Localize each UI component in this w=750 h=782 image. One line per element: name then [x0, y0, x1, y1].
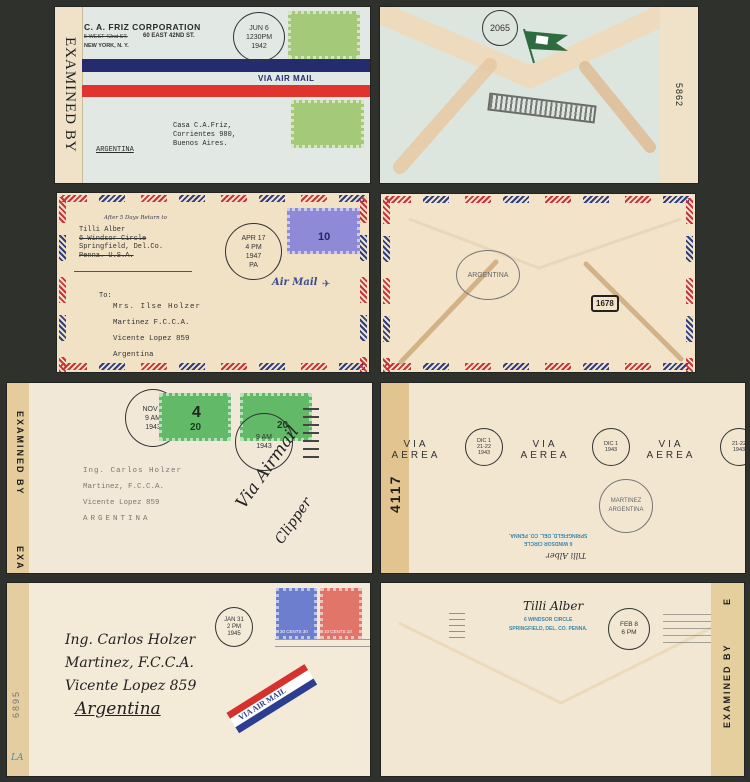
- postmark-time: 1230PM: [246, 33, 272, 42]
- airmail-border-right: [686, 194, 693, 372]
- recipient-line: Argentina: [113, 347, 201, 363]
- stamp-overwrite: 4: [192, 404, 201, 422]
- slogan-cancel-2: VIA AEREA: [514, 439, 576, 461]
- postmark-state: PA: [249, 261, 258, 270]
- airmail-red-band: [82, 85, 370, 97]
- recipient-line: Martinez F.C.C.A.: [113, 315, 201, 331]
- wavy-cancel-left: [449, 608, 465, 643]
- slogan-postmark-2: DIC 1 1943: [592, 428, 630, 466]
- postmark-year: 1943: [478, 450, 490, 456]
- envelope-flap: [381, 194, 695, 372]
- stamp-blue: 30 CENTS 30: [276, 588, 317, 639]
- sender-print-line: 6 WINDSOR CIRCLE: [509, 616, 587, 625]
- sender-print-line: SPRINGFIELD, DEL. CO. PENNA.: [509, 625, 587, 634]
- stamp-left: 4 20: [159, 393, 231, 441]
- airmail-border-top: [381, 196, 695, 203]
- censor-tape: 5862: [660, 7, 698, 183]
- cover-2-back: ARGENTINA 1678: [381, 194, 695, 372]
- censor-tape: EXAMINED BY: [55, 7, 83, 183]
- censor-tape: EXAMINED BY EXA: [7, 383, 29, 573]
- stamp-value: 10: [318, 231, 330, 243]
- sender-print-inverted: 6 WINDSOR CIRCLE SPRINGFIELD, DEL. CO. P…: [509, 531, 587, 547]
- recipient-line: Buenos Aires.: [173, 140, 236, 149]
- sender-city: NEW YORK, N. Y.: [84, 43, 129, 49]
- return-label: After 5 Days Return to: [104, 215, 167, 221]
- sender-address: 60 EAST 42ND ST.: [143, 33, 195, 39]
- sender-line: 6 Windsor Circle: [79, 235, 163, 244]
- recipient-line: Argentina: [75, 698, 196, 721]
- airmail-border-top: [57, 195, 369, 202]
- receiving-mark-text: MARTINEZ ARGENTINA: [600, 497, 652, 515]
- postmark: JUN 6 1230PM 1942: [233, 12, 285, 62]
- sender-print: 6 WINDSOR CIRCLE SPRINGFIELD, DEL. CO. P…: [509, 616, 587, 634]
- postmark: APR 17 4 PM 1947 PA: [225, 223, 282, 280]
- sender-block: Tilli Alber 6 Windsor Circle Springfield…: [79, 226, 163, 260]
- censor-number: 5862: [674, 83, 684, 107]
- airmail-border-right: [360, 193, 367, 372]
- censor-tape: 6895 LA: [7, 583, 29, 776]
- receiving-mark: ARGENTINA: [456, 250, 520, 300]
- postmark-year: 1945: [227, 631, 240, 638]
- sender-line: Penna. U.S.A.: [79, 252, 163, 261]
- postmark: FEB 8 6 PM: [608, 608, 650, 650]
- airmail-script: Air Mail: [272, 277, 317, 288]
- recipient-block: Ing. Carlos Holzer Martinez, F.C.C.A. Vi…: [83, 463, 182, 527]
- sender-signature: Tilli Alber: [523, 599, 583, 613]
- slogan-text: VIA AEREA: [391, 439, 441, 461]
- cover-1-front: EXAMINED BY C. A. FRIZ CORPORATION 5 WES…: [55, 7, 370, 183]
- censor-tape-text: EXAMINED BY: [15, 411, 25, 496]
- stamp-value: 30 CENTS 30: [280, 629, 308, 634]
- slogan-text: VIA AEREA: [643, 439, 699, 461]
- postmark-date: APR 17: [241, 234, 265, 243]
- postmark-date: FEB 8: [620, 621, 638, 629]
- stamp-red: 10 CENTS 10: [320, 588, 362, 639]
- postmark-date: JAN 31: [224, 617, 244, 624]
- cover-4-front: 6895 LA JAN 31 2 PM 1945 30 CENTS 30 10 …: [7, 583, 370, 776]
- to-label: To:: [99, 292, 112, 300]
- postmark-time: 2 PM: [227, 624, 241, 631]
- recipient-line: Ing. Carlos Holzer: [83, 463, 182, 479]
- postmark-year: 1947: [246, 252, 262, 261]
- postmark-year: 1943: [605, 447, 617, 453]
- destination-country: ARGENTINA: [96, 146, 134, 154]
- postmark: JAN 31 2 PM 1945: [215, 607, 253, 647]
- censor-tape-text-continued: EXA: [15, 546, 25, 571]
- sender-line: Tilli Alber: [79, 226, 163, 235]
- postmark-year: 1943: [733, 447, 745, 453]
- boxed-cancel: [487, 92, 596, 123]
- recipient-line: ARGENTINA: [83, 511, 182, 527]
- pencil-mark: LA: [11, 753, 23, 763]
- recipient-line: Martinez, F.C.C.A.: [83, 479, 182, 495]
- stamp: 10: [287, 208, 360, 254]
- wavy-cancel: [275, 636, 370, 648]
- sender-print-line: 6 WINDSOR CIRCLE: [509, 539, 587, 547]
- airmail-border-bottom: [57, 363, 369, 370]
- duplex-bars: [303, 408, 319, 463]
- censor-tape: E EXAMINED BY: [711, 583, 744, 776]
- sender-line: Springfield, Del.Co.: [79, 243, 163, 252]
- sender-print-line: SPRINGFIELD, DEL. CO. PENNA.: [509, 531, 587, 539]
- recipient-line: Corrientes 980,: [173, 131, 236, 140]
- airmail-label-sticker: VIA AIR MAIL: [219, 652, 312, 724]
- recipient-block: Casa C.A.Friz, Corrientes 980, Buenos Ai…: [173, 122, 236, 149]
- flag-emblem: [522, 29, 570, 70]
- airmail-border-left: [383, 194, 390, 372]
- censor-tape: 4117: [381, 383, 409, 573]
- postmark-time: 9 AM: [256, 433, 272, 442]
- airplane-icon: ✈: [322, 279, 330, 290]
- receiving-mark-text: ARGENTINA: [468, 271, 509, 280]
- recipient-line: Mrs. Ilse Holzer: [113, 299, 201, 315]
- recipient-line: Ing. Carlos Holzer: [65, 629, 196, 652]
- receiving-mark: MARTINEZ ARGENTINA: [599, 479, 653, 533]
- airmail-blue-band: [82, 59, 370, 72]
- slogan-postmark-1: DIC 1 21-22 1943: [465, 428, 503, 466]
- postmark-year: 1942: [251, 42, 267, 51]
- sender-company: C. A. FRIZ CORPORATION: [84, 22, 201, 32]
- censor-number: 6895: [11, 690, 21, 718]
- censor-tape-text: EXAMINED BY: [61, 37, 78, 153]
- cover-3-back: 4117 VIA AEREA DIC 1 21-22 1943 VIA AERE…: [381, 383, 745, 573]
- receiving-mark-text: 2065: [490, 24, 510, 33]
- recipient-block: Ing. Carlos Holzer Martinez, F.C.C.A. Vi…: [65, 629, 196, 721]
- recipient-line: Martinez, F.C.C.A.: [65, 652, 196, 675]
- slogan-postmark-3: 21-22 1943: [720, 428, 745, 466]
- censor-tape-text: EXAMINED BY: [722, 643, 732, 728]
- handwritten-clipper: Clipper: [272, 495, 315, 547]
- cover-1-back: 2065 5862: [380, 7, 698, 183]
- slogan-cancel-1: VIA AEREA: [391, 439, 441, 461]
- sender-signature-inverted: Tilli Alber: [546, 551, 586, 560]
- pennant-flag-icon: [522, 29, 570, 65]
- stamp-value: 20: [190, 422, 201, 433]
- recipient-line: Vicente Lopez 859: [113, 331, 201, 347]
- cover-3-front: EXAMINED BY EXA NOV 2 9 AM 1943 4 20 20 …: [7, 383, 372, 573]
- cover-4-back: Tilli Alber 6 WINDSOR CIRCLE SPRINGFIELD…: [381, 583, 744, 776]
- slogan-cancel-3: VIA AEREA: [643, 439, 699, 461]
- censor-tape-text-continued: E: [722, 597, 732, 605]
- recipient-line: Vicente Lopez 859: [83, 495, 182, 511]
- postmark-date: JUN 6: [249, 24, 268, 33]
- boxed-number: 1678: [591, 295, 619, 312]
- postmark-time: 4 PM: [245, 243, 261, 252]
- divider-line: [74, 271, 192, 272]
- airmail-border-bottom: [381, 363, 695, 370]
- stamp-top: [288, 11, 360, 59]
- cover-2-front: After 5 Days Return to Tilli Alber 6 Win…: [57, 193, 369, 372]
- censor-number: 4117: [387, 475, 403, 513]
- wavy-cancel-right: [663, 608, 713, 648]
- airmail-label: VIA AIR MAIL: [258, 74, 315, 83]
- sender-old-address: 5 WEST 42nd ST.: [84, 34, 128, 40]
- recipient-line: Casa C.A.Friz,: [173, 122, 236, 131]
- recipient-line: Vicente Lopez 859: [65, 675, 196, 698]
- airmail-border-left: [59, 193, 66, 372]
- slogan-text: VIA AEREA: [514, 439, 576, 461]
- stamp-value: 10 CENTS 10: [324, 629, 352, 634]
- receiving-mark: 2065: [482, 10, 518, 46]
- stamp-bottom: [291, 100, 364, 148]
- recipient-block: Mrs. Ilse Holzer Martinez F.C.C.A. Vicen…: [113, 299, 201, 363]
- postmark-time: 6 PM: [621, 629, 636, 637]
